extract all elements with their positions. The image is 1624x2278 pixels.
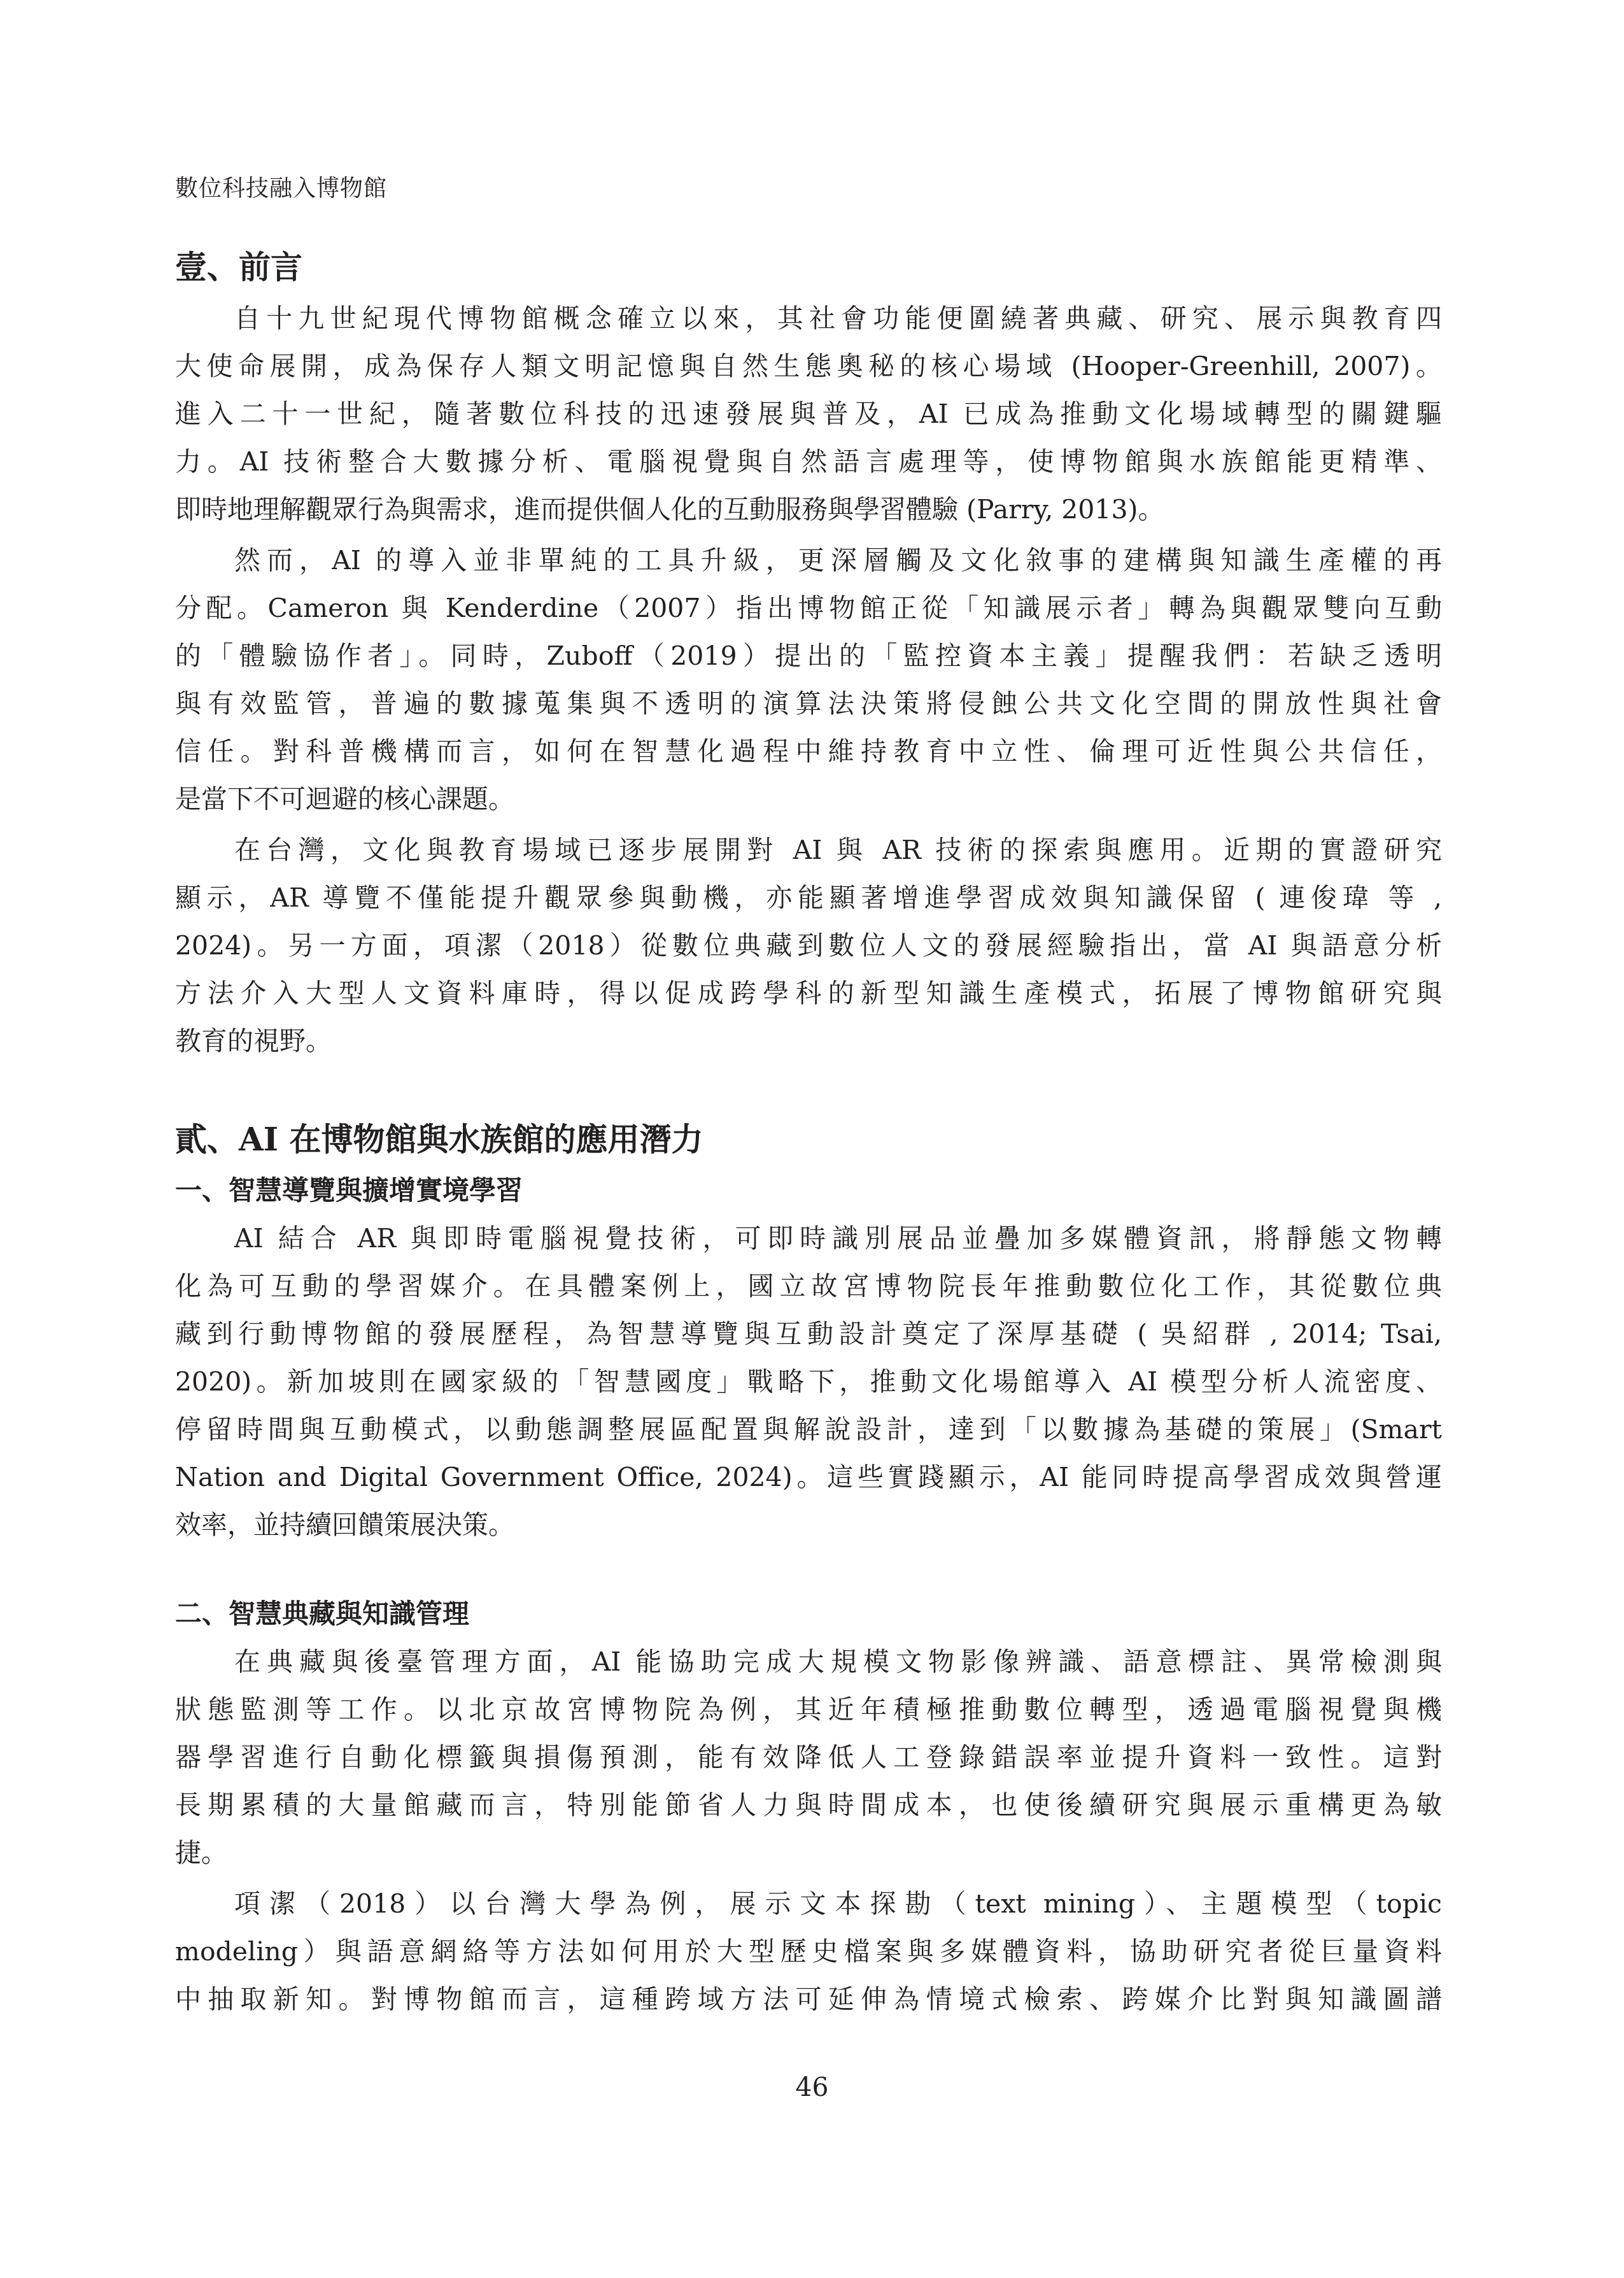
text-line: 自十九世紀現代博物館概念確立以來，其社會功能便圍繞著典藏、研究、展示與教育四: [234, 299, 1442, 337]
text-line: 的「體驗協作者」。同時，Zuboff（2019）提出的「監控資本主義」提醒我們：…: [175, 637, 1442, 675]
text-line: modeling）與語意網絡等方法如何用於大型歷史檔案與多媒體資料，協助研究者從…: [175, 1932, 1442, 1970]
text-line: 分配。Cameron 與 Kenderdine（2007）指出博物館正從「知識展…: [175, 589, 1442, 627]
text-line: 項潔（2018）以台灣大學為例，展示文本探勘（text mining）、主題模型…: [234, 1885, 1442, 1923]
text-line: 2024)。另一方面，項潔（2018）從數位典藏到數位人文的發展經驗指出，當 A…: [175, 926, 1442, 965]
text-line: 捷。: [175, 1834, 1442, 1872]
text-line: 與有效監管，普遍的數據蒐集與不透明的演算法決策將侵蝕公共文化空間的開放性與社會: [175, 684, 1442, 723]
running-header: 數位科技融入博物館: [175, 173, 387, 205]
text-line: 狀態監測等工作。以北京故宮博物院為例，其近年積極推動數位轉型，透過電腦視覺與機: [175, 1690, 1442, 1729]
subsection-heading-smart-collection: 二、智慧典藏與知識管理: [175, 1595, 469, 1633]
text-line: 中抽取新知。對博物館而言，這種跨域方法可延伸為情境式檢索、跨媒介比對與知識圖譜: [175, 1980, 1442, 2018]
text-line: Nation and Digital Government Office, 20…: [175, 1458, 1442, 1496]
page-number: 46: [0, 2069, 1624, 2105]
text-line: 大使命展開，成為保存人類文明記憶與自然生態奧秘的核心場域 (Hooper-Gre…: [175, 347, 1442, 385]
section-heading-applications: 貳、AI 在博物館與水族館的應用潛力: [175, 1119, 703, 1160]
document-page: 數位科技融入博物館 壹、前言 自十九世紀現代博物館概念確立以來，其社會功能便圍繞…: [0, 0, 1624, 2278]
text-line: 效率，並持續回饋策展決策。: [175, 1506, 1442, 1544]
text-line: 化為可互動的學習媒介。在具體案例上，國立故宮博物院長年推動數位化工作，其從數位典: [175, 1267, 1442, 1305]
text-line: 力。AI 技術整合大數據分析、電腦視覺與自然語言處理等，使博物館與水族館能更精準…: [175, 442, 1442, 481]
section-heading-introduction: 壹、前言: [175, 247, 302, 288]
text-line: 藏到行動博物館的發展歷程，為智慧導覽與互動設計奠定了深厚基礎 ( 吳紹群 , 2…: [175, 1315, 1442, 1353]
text-line: 即時地理解觀眾行為與需求，進而提供個人化的互動服務與學習體驗 (Parry, 2…: [175, 490, 1442, 528]
text-line: 方法介入大型人文資料庫時，得以促成跨學科的新型知識生產模式，拓展了博物館研究與: [175, 974, 1442, 1012]
text-line: 然而，AI 的導入並非單純的工具升級，更深層觸及文化敘事的建構與知識生產權的再: [234, 541, 1442, 579]
text-line: 長期累積的大量館藏而言，特別能節省人力與時間成本，也使後續研究與展示重構更為敏: [175, 1786, 1442, 1824]
text-line: 在台灣，文化與教育場域已逐步展開對 AI 與 AR 技術的探索與應用。近期的實證…: [234, 831, 1442, 869]
text-line: 進入二十一世紀，隨著數位科技的迅速發展與普及，AI 已成為推動文化場域轉型的關鍵…: [175, 395, 1442, 433]
text-line: 2020)。新加坡則在國家級的「智慧國度」戰略下，推動文化場館導入 AI 模型分…: [175, 1362, 1442, 1401]
text-line: 是當下不可迴避的核心課題。: [175, 780, 1442, 818]
text-line: 器學習進行自動化標籤與損傷預測，能有效降低人工登錄錯誤率並提升資料一致性。這對: [175, 1738, 1442, 1776]
text-line: 停留時間與互動模式，以動態調整展區配置與解說設計，達到「以數據為基礎的策展」(S…: [175, 1410, 1442, 1448]
text-line: 顯示，AR 導覽不僅能提升觀眾參與動機，亦能顯著增進學習成效與知識保留 ( 連俊…: [175, 879, 1442, 917]
text-line: 在典藏與後臺管理方面，AI 能協助完成大規模文物影像辨識、語意標註、異常檢測與: [234, 1643, 1442, 1681]
subsection-heading-smart-guide: 一、智慧導覽與擴增實境學習: [175, 1171, 523, 1210]
text-line: 教育的視野。: [175, 1022, 1442, 1060]
text-line: 信任。對科普機構而言，如何在智慧化過程中維持教育中立性、倫理可近性與公共信任，: [175, 732, 1442, 770]
text-line: AI 結合 AR 與即時電腦視覺技術，可即時識別展品並疊加多媒體資訊，將靜態文物…: [234, 1219, 1442, 1257]
